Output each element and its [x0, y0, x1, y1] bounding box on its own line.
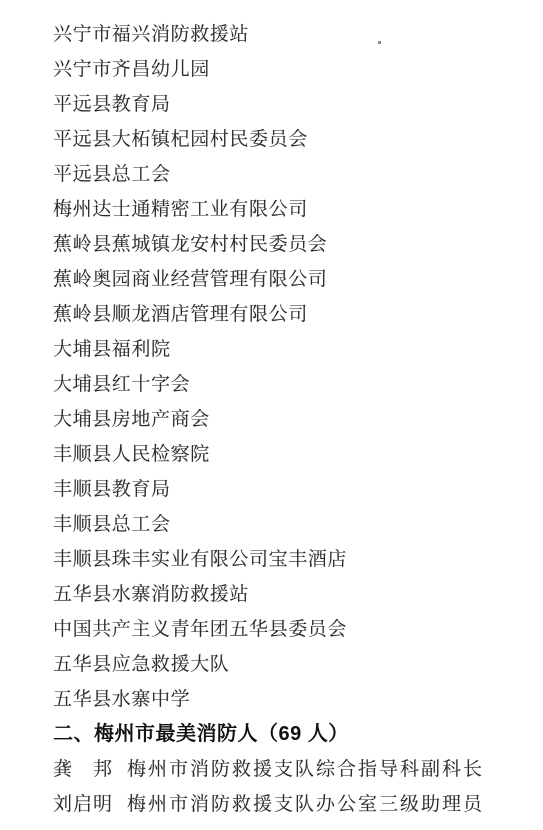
org-line: 大埔县福利院	[53, 332, 543, 367]
org-line: 五华县水寨消防救援站	[53, 577, 543, 612]
org-line: 平远县总工会	[53, 157, 543, 192]
org-line: 蕉岭县蕉城镇龙安村村民委员会	[53, 227, 543, 262]
org-line: 五华县水寨中学	[53, 682, 543, 717]
org-line: 兴宁市齐昌幼儿园	[53, 52, 543, 87]
org-line: 中国共产主义青年团五华县委员会	[53, 612, 543, 647]
person-name: 刘启明	[53, 787, 113, 822]
person-row: 龚 邦 梅州市消防救援支队综合指导科副科长	[53, 752, 543, 787]
person-title: 梅州市消防救援支队办公室三级助理员	[127, 787, 484, 822]
org-line: 平远县大柘镇杞园村民委员会	[53, 122, 543, 157]
org-line: 大埔县红十字会	[53, 367, 543, 402]
org-line: 丰顺县教育局	[53, 472, 543, 507]
org-line: 梅州达士通精密工业有限公司	[53, 192, 543, 227]
org-line: 兴宁市福兴消防救援站	[53, 17, 543, 52]
person-title: 梅州市消防救援支队综合指导科副科长	[127, 752, 484, 787]
section-heading: 二、梅州市最美消防人（69 人）	[53, 717, 543, 752]
person-row: 刘启明 梅州市消防救援支队办公室三级助理员	[53, 787, 543, 822]
org-line: 丰顺县总工会	[53, 507, 543, 542]
org-line: 大埔县房地产商会	[53, 402, 543, 437]
document-page: 兴宁市福兴消防救援站 兴宁市齐昌幼儿园 平远县教育局 平远县大柘镇杞园村民委员会…	[0, 0, 543, 830]
scan-speck	[378, 41, 381, 44]
person-name: 龚 邦	[53, 752, 113, 787]
org-line: 平远县教育局	[53, 87, 543, 122]
org-line: 蕉岭县顺龙酒店管理有限公司	[53, 297, 543, 332]
org-line: 五华县应急救援大队	[53, 647, 543, 682]
org-line: 蕉岭奥园商业经营管理有限公司	[53, 262, 543, 297]
org-line: 丰顺县人民检察院	[53, 437, 543, 472]
org-line: 丰顺县珠丰实业有限公司宝丰酒店	[53, 542, 543, 577]
